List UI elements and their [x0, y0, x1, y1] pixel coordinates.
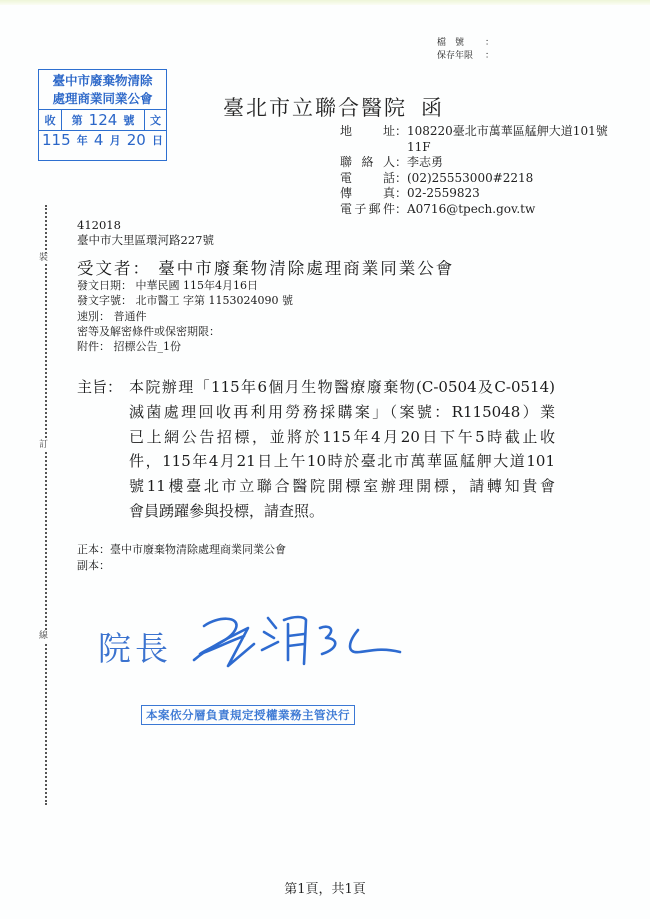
stamp-doc-label: 文 — [144, 110, 166, 130]
stamp-date: 115 年 4 月 20 日 — [39, 131, 166, 149]
subject-line: 件，115年4月21日上午10時於臺北市萬華區艋舺大道101 — [129, 449, 555, 474]
recipient-name: 臺中市廢棄物清除處理商業同業公會 — [158, 259, 454, 278]
stamp-number: 124 — [89, 111, 118, 129]
address-row: 地址 ： 108220臺北市萬華區艋舺大道101號 — [340, 124, 608, 140]
signature-block: 院長 — [98, 608, 418, 668]
stamp-year: 115 — [42, 131, 71, 149]
subject-line: 滅菌處理回收再利用勞務採購案」（案號：R115048）業 — [129, 400, 555, 425]
fax-label-char: 傳 — [340, 186, 352, 202]
stamp-number-cell: 第 124 號 — [61, 110, 144, 130]
contact-person-value: 李志勇 — [407, 155, 443, 171]
stamp-day: 20 — [127, 131, 146, 149]
scan-edge — [0, 0, 650, 5]
contact-label-char: 聯 — [340, 155, 352, 171]
subject-label: 主旨： — [77, 375, 129, 400]
binding-char: 裝 — [39, 253, 48, 264]
stamp-number-row: 收 第 124 號 文 — [39, 110, 166, 131]
signature-title: 院長 — [98, 623, 172, 670]
email-value: A0716@tpech.gov.tw — [407, 202, 535, 218]
subject-line: 已上網公告招標，並將於115年4月20日下午5時截止收 — [129, 425, 555, 450]
stamp-day-label: 日 — [152, 132, 163, 148]
distribution: 正本：臺中市廢棄物清除處理商業同業公會 副本： — [77, 542, 286, 574]
issue-date: 發文日期： 中華民國 115年4月16日 — [77, 278, 293, 293]
stamp-received-label: 收 — [39, 110, 61, 130]
recipient-address: 412018 臺中市大里區環河路227號 — [77, 218, 214, 248]
attachment: 附件： 招標公告_1份 — [77, 339, 293, 354]
retention-label: 保存年限 — [437, 50, 485, 63]
email-label-char: 郵 — [369, 202, 381, 218]
recipient-label: 受文者： — [77, 259, 151, 278]
priority: 速別： 普通件 — [77, 309, 293, 324]
address-label-char: 地 — [340, 124, 352, 140]
binding-char: 訂 — [39, 440, 48, 451]
email-label-char: 子 — [354, 202, 366, 218]
archive-info: 檔 號： 保存年限： — [437, 37, 494, 63]
email-row: 電子郵件 ： A0716@tpech.gov.tw — [340, 202, 608, 218]
fax-label-char: 真 — [383, 186, 395, 202]
subject-line: 會員踴躍參與投標，請查照。 — [129, 499, 555, 524]
original-recipient: 正本：臺中市廢棄物清除處理商業同業公會 — [77, 542, 286, 558]
fax-row: 傳真 ： 02-2559823 — [340, 186, 608, 202]
received-stamp: 臺中市廢棄物清除 處理商業同業公會 收 第 124 號 文 115 年 4 月 … — [38, 69, 167, 161]
document-type: 函 — [421, 96, 444, 120]
recipient-postal-code: 412018 — [77, 218, 214, 233]
address-value: 108220臺北市萬華區艋舺大道101號 — [407, 124, 608, 140]
phone-label-char: 話 — [383, 171, 395, 187]
contact-label-char: 人 — [383, 155, 395, 171]
document-meta: 發文日期： 中華民國 115年4月16日 發文字號： 北市醫工 字第 11530… — [77, 278, 293, 354]
page-number: 第1頁，共1頁 — [0, 878, 650, 897]
address-label-char: 址 — [383, 124, 395, 140]
delegation-stamp: 本案依分層負責規定授權業務主管決行 — [141, 705, 355, 725]
confidentiality: 密等及解密條件或保密期限： — [77, 324, 293, 339]
phone-value: (02)25553000#2218 — [407, 171, 533, 187]
stamp-year-label: 年 — [77, 132, 88, 148]
subject-block: 主旨：本院辦理「115年6個月生物醫療廢棄物(C-0504及C-0514) 滅菌… — [77, 375, 557, 524]
email-label-char: 電 — [340, 202, 352, 218]
handwritten-signature-icon — [188, 608, 418, 670]
contact-block: 地址 ： 108220臺北市萬華區艋舺大道101號 11F 聯絡人 ： 李志勇 … — [340, 124, 608, 218]
address-row-2: 11F — [340, 140, 608, 156]
contact-label-char: 絡 — [361, 155, 373, 171]
recipient-street-address: 臺中市大里區環河路227號 — [77, 233, 214, 248]
binding-char: 線 — [39, 631, 48, 642]
issuer-name: 臺北市立聯合醫院 — [223, 96, 407, 120]
binding-line — [45, 205, 47, 805]
contact-person-row: 聯絡人 ： 李志勇 — [340, 155, 608, 171]
recipient-line: 受文者： 臺中市廢棄物清除處理商業同業公會 — [77, 255, 454, 279]
stamp-organization: 臺中市廢棄物清除 處理商業同業公會 — [39, 70, 166, 110]
stamp-month: 4 — [94, 131, 104, 149]
stamp-org-line1: 臺中市廢棄物清除 — [39, 72, 166, 90]
document-title: 臺北市立聯合醫院函 — [223, 92, 444, 122]
stamp-org-line2: 處理商業同業公會 — [39, 90, 166, 108]
phone-label-char: 電 — [340, 171, 352, 187]
stamp-number-prefix: 第 — [72, 112, 83, 128]
issue-number: 發文字號： 北市醫工 字第 1153024090 號 — [77, 293, 293, 308]
stamp-number-suffix: 號 — [123, 112, 134, 128]
address-value-line2: 11F — [407, 140, 431, 156]
phone-row: 電話 ： (02)25553000#2218 — [340, 171, 608, 187]
copy-recipient: 副本： — [77, 558, 286, 574]
file-number-label: 檔 號 — [437, 37, 485, 50]
subject-line: 號11樓臺北市立聯合醫院開標室辦理開標，請轉知貴會 — [129, 474, 555, 499]
fax-value: 02-2559823 — [407, 186, 480, 202]
stamp-month-label: 月 — [110, 132, 121, 148]
email-label-char: 件 — [383, 202, 395, 218]
subject-line: 本院辦理「115年6個月生物醫療廢棄物(C-0504及C-0514) — [129, 375, 555, 400]
